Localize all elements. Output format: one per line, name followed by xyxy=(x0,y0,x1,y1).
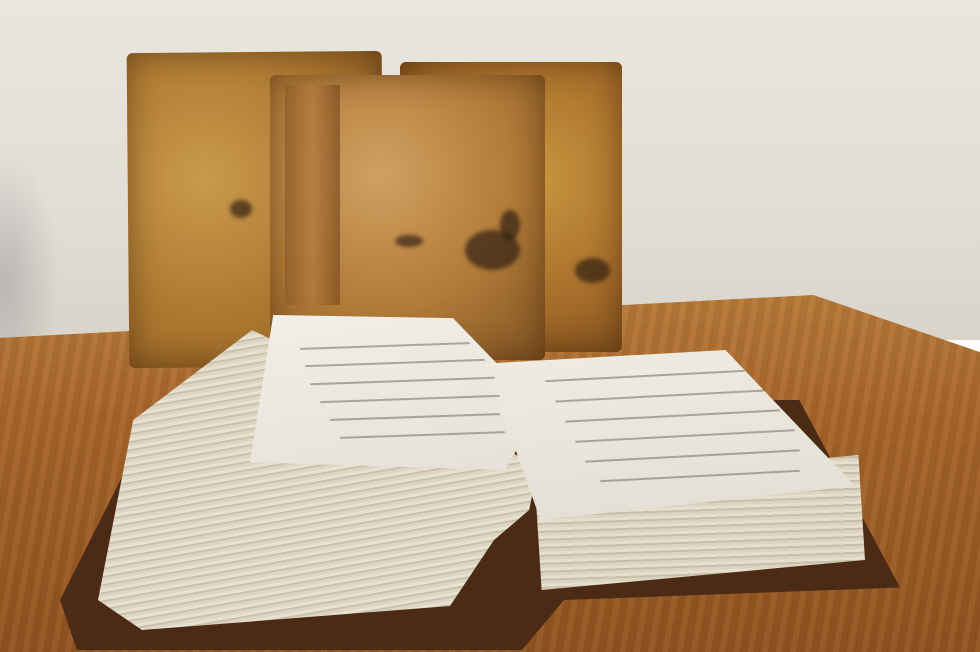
stain xyxy=(395,235,423,247)
stain xyxy=(575,258,610,283)
stain xyxy=(230,200,252,218)
stain xyxy=(500,210,520,240)
photo-scene xyxy=(0,0,980,652)
leather-strap xyxy=(285,85,340,305)
wall-fixture-shadow xyxy=(0,150,60,340)
